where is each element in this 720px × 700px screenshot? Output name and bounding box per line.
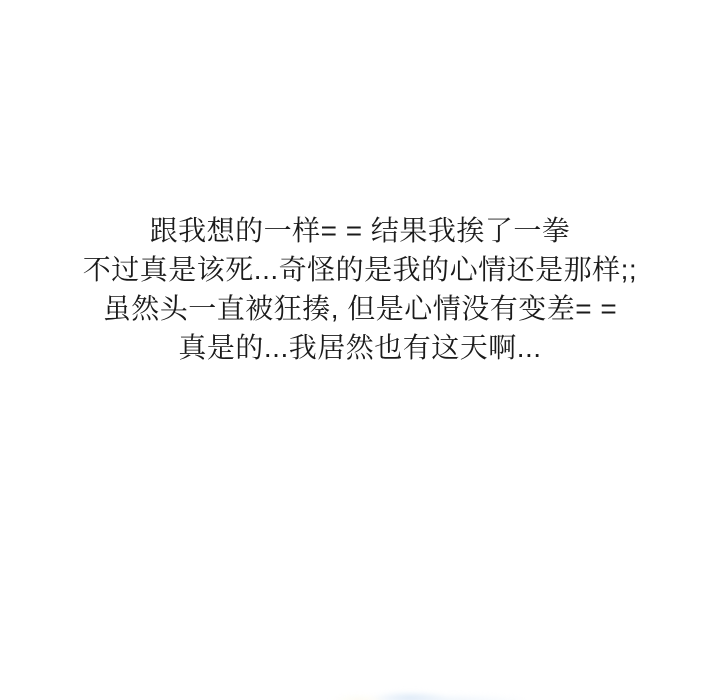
narration-line-4: 真是的...我居然也有这天啊... [0, 328, 720, 367]
narration-text-block: 跟我想的一样= = 结果我挨了一拳 不过真是该死...奇怪的是我的心情还是那样;… [0, 211, 720, 367]
narration-line-2: 不过真是该死...奇怪的是我的心情还是那样;; [0, 250, 720, 289]
next-panel-blurred-edge [325, 688, 525, 700]
comic-page: 跟我想的一样= = 结果我挨了一拳 不过真是该死...奇怪的是我的心情还是那样;… [0, 0, 720, 700]
narration-line-1: 跟我想的一样= = 结果我挨了一拳 [0, 211, 720, 250]
narration-line-3: 虽然头一直被狂揍, 但是心情没有变差= = [0, 289, 720, 328]
